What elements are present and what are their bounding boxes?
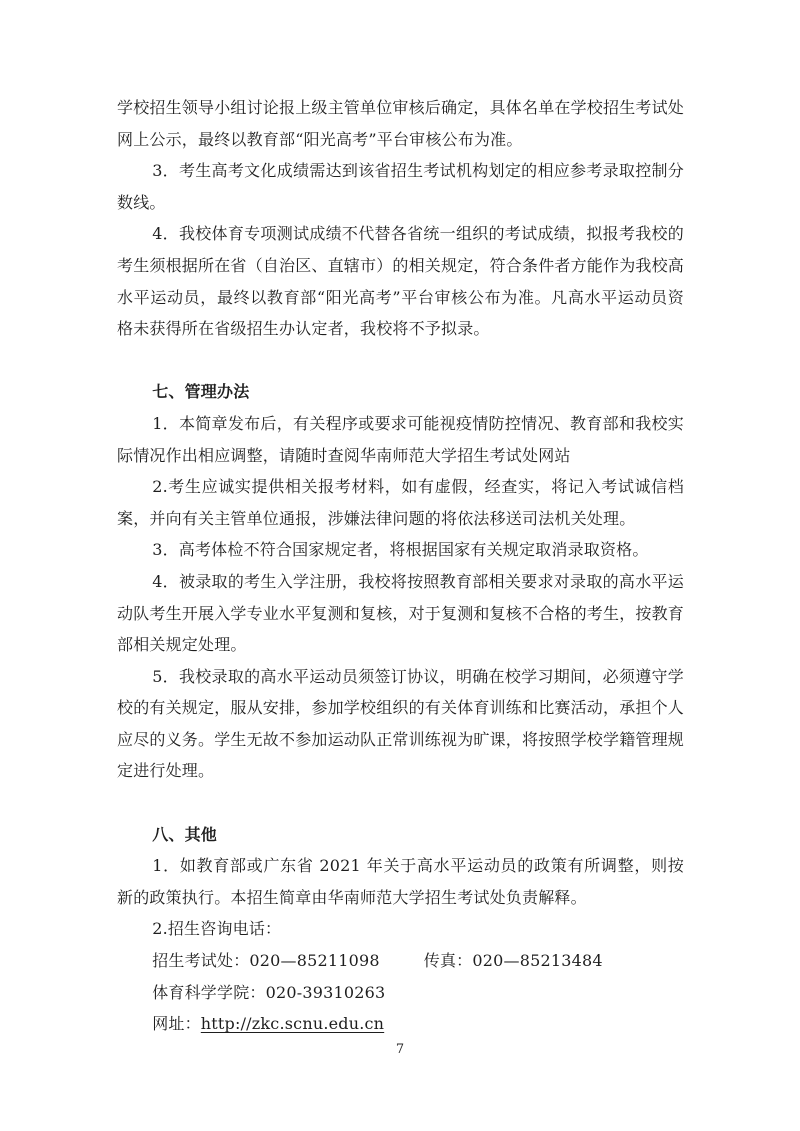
paragraph-other-1-policy: 1．如教育部或广东省 2021 年关于高水平运动员的政策有所调整，则按新的政策执… bbox=[117, 850, 684, 913]
paragraph-management-4: 4．被录取的考生入学注册，我校将按照教育部相关要求对录取的高水平运动队考生开展入… bbox=[117, 566, 684, 661]
contact-phone-line: 招生考试处：020—85211098传真：020—85213484 bbox=[117, 945, 684, 977]
website-label: 网址： bbox=[152, 1014, 201, 1033]
paragraph-management-1: 1．本简章发布后，有关程序或要求可能视疫情防控情况、教育部和我校实际情况作出相应… bbox=[117, 408, 684, 471]
section-heading-other: 八、其他 bbox=[117, 819, 684, 851]
contact-website-line: 网址：http://zkc.scnu.edu.cn bbox=[117, 1008, 684, 1040]
website-link[interactable]: http://zkc.scnu.edu.cn bbox=[201, 1014, 384, 1033]
paragraph-item-4-sports-test: 4．我校体育专项测试成绩不代替各省统一组织的考试成绩，拟报考我校的考生须根据所在… bbox=[117, 218, 684, 344]
section-heading-management: 七、管理办法 bbox=[117, 376, 684, 408]
paragraph-management-2: 2.考生应诚实提供相关报考材料，如有虚假，经查实，将记入考试诚信档案，并向有关主… bbox=[117, 471, 684, 534]
paragraph-carryover: 学校招生领导小组讨论报上级主管单位审核后确定，具体名单在学校招生考试处网上公示，… bbox=[117, 92, 684, 155]
paragraph-other-2-phone-intro: 2.招生咨询电话： bbox=[117, 913, 684, 945]
document-page: 学校招生领导小组讨论报上级主管单位审核后确定，具体名单在学校招生考试处网上公示，… bbox=[0, 0, 800, 1131]
page-number: 7 bbox=[0, 1041, 800, 1059]
paragraph-management-5: 5．我校录取的高水平运动员须签订协议，明确在校学习期间，必须遵守学校的有关规定，… bbox=[117, 661, 684, 787]
contact-sports-school-phone: 体育科学学院：020-39310263 bbox=[117, 977, 684, 1009]
paragraph-management-3: 3．高考体检不符合国家规定者，将根据国家有关规定取消录取资格。 bbox=[117, 534, 684, 566]
paragraph-item-3-culture-score: 3．考生高考文化成绩需达到该省招生考试机构划定的相应参考录取控制分数线。 bbox=[117, 155, 684, 218]
fax-number: 传真：020—85213484 bbox=[424, 951, 603, 970]
admissions-office-phone: 招生考试处：020—85211098 bbox=[152, 951, 380, 970]
